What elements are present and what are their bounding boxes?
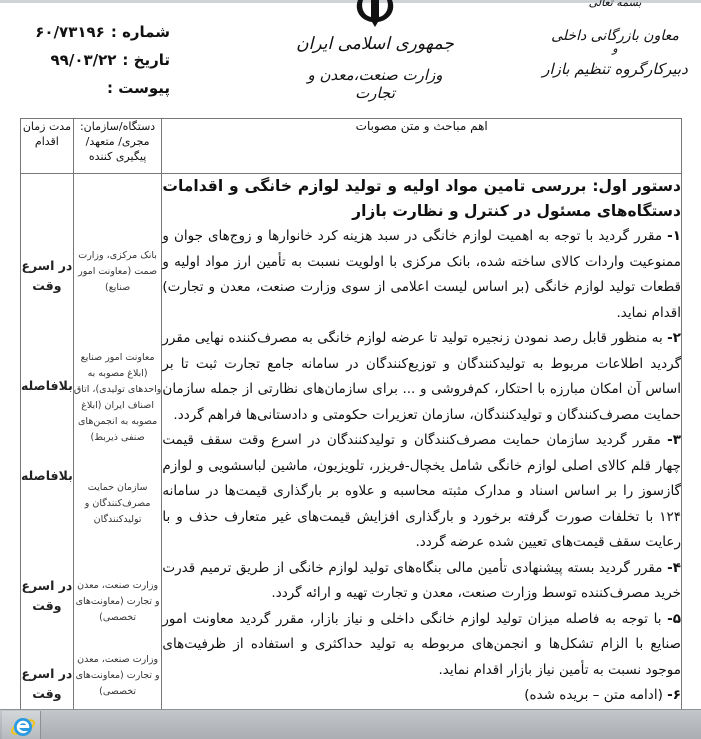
letter-attachment-label: پیوست :	[107, 74, 170, 102]
conjunction: و	[540, 44, 690, 54]
item-number: ۴-	[667, 560, 681, 576]
org-item-5: وزارت صنعت، معدن و تجارت (معاونت‌های تخص…	[74, 652, 162, 700]
deadline-item-4: در اسرع وقت	[21, 576, 73, 616]
agenda-title: دستور اول: بررسی تامین مواد اولیه و تولی…	[162, 174, 681, 224]
internet-explorer-icon	[10, 713, 36, 739]
country-name: جمهوری اسلامی ایران	[290, 34, 460, 54]
item-number: ۳-	[667, 432, 681, 448]
letter-date-value: ۹۹/۰۳/۲۲	[51, 46, 117, 74]
table-header-row: اهم مباحث و متن مصوبات دستگاه/سازمان: مج…	[21, 119, 682, 174]
deadline-item-3: بلافاصله	[21, 466, 73, 486]
organization-column: بانک مرکزی، وزارت صمت (معاونت امور صنایع…	[73, 174, 162, 711]
resolution-item-6: ۶- (ادامه متن – بریده شده)	[162, 683, 681, 709]
item-text: مقرر گردید سازمان حمایت مصرف‌کنندگان و ت…	[162, 432, 681, 550]
item-text: مقرر گردید با توجه به اهمیت لوازم خانگی …	[162, 228, 681, 321]
letter-number-label: شماره :	[111, 18, 170, 46]
org-item-2: معاونت امور صنایع (ابلاغ مصوبه به واحدها…	[74, 350, 162, 446]
resolution-item-4: ۴- مقرر گردید بسته پیشنهادی تأمین مالی ب…	[162, 556, 681, 607]
iran-emblem-icon	[352, 0, 398, 28]
item-number: ۲-	[667, 330, 681, 346]
item-text: با توجه به فاصله میزان تولید لوازم خانگی…	[162, 611, 681, 678]
letter-number-row: شماره : ۶۰/۷۳۱۹۶	[30, 18, 170, 46]
taskbar-ie-button[interactable]	[2, 711, 41, 739]
letter-date-label: تاریخ :	[122, 46, 170, 74]
ministry-header: جمهوری اسلامی ایران وزارت صنعت،معدن و تج…	[290, 0, 460, 102]
letterhead: شماره : ۶۰/۷۳۱۹۶ تاریخ : ۹۹/۰۳/۲۲ پیوست …	[0, 0, 701, 112]
ministry-name: وزارت صنعت،معدن و تجارت	[290, 66, 460, 102]
letter-meta: شماره : ۶۰/۷۳۱۹۶ تاریخ : ۹۹/۰۳/۲۲ پیوست …	[30, 18, 170, 102]
header-deadline: مدت زمان اقدام	[21, 119, 74, 174]
resolutions-body: دستور اول: بررسی تامین مواد اولیه و تولی…	[162, 174, 682, 711]
item-text: مقرر گردید بسته پیشنهادی تأمین مالی بنگا…	[162, 560, 681, 602]
taskbar	[0, 709, 701, 739]
deadline-item-2: بلافاصله	[21, 376, 73, 396]
item-text: (ادامه متن – بریده شده)	[524, 687, 663, 703]
header-organization: دستگاه/سازمان: مجری/ متعهد/ پیگیری کننده	[73, 119, 162, 174]
deadline-column: در اسرع وقت بلافاصله بلافاصله در اسرع وق…	[21, 174, 74, 711]
resolution-item-1: ۱- مقرر گردید با توجه به اهمیت لوازم خان…	[162, 224, 681, 326]
signatory-header: بسمه تعالی معاون بازرگانی داخلی و دبیرکا…	[540, 0, 690, 78]
item-number: ۱-	[667, 228, 681, 244]
deadline-item-1: در اسرع وقت	[21, 256, 73, 296]
org-item-4: وزارت صنعت، معدن و تجارت (معاونت‌های تخص…	[74, 578, 162, 626]
table-row: دستور اول: بررسی تامین مواد اولیه و تولی…	[21, 174, 682, 711]
org-item-3: سازمان حمایت مصرف‌کنندگان و تولیدکنندگان	[74, 480, 162, 528]
item-number: ۵-	[667, 611, 681, 627]
resolution-item-5: ۵- با توجه به فاصله میزان تولید لوازم خا…	[162, 607, 681, 684]
resolution-item-3: ۳- مقرر گردید سازمان حمایت مصرف‌کنندگان …	[162, 428, 681, 556]
header-resolutions: اهم مباحث و متن مصوبات	[162, 119, 682, 174]
item-number: ۶-	[667, 687, 681, 703]
item-text: به منظور قابل رصد نمودن زنجیره تولید تا …	[162, 330, 681, 423]
resolutions-table: اهم مباحث و متن مصوبات دستگاه/سازمان: مج…	[20, 118, 682, 711]
letter-date-row: تاریخ : ۹۹/۰۳/۲۲	[30, 46, 170, 74]
resolution-item-2: ۲- به منظور قابل رصد نمودن زنجیره تولید …	[162, 326, 681, 428]
secretary-title: دبیرکارگروه تنظیم بازار	[540, 60, 690, 78]
org-item-1: بانک مرکزی، وزارت صمت (معاونت امور صنایع…	[74, 248, 162, 296]
deadline-item-5: در اسرع وقت	[21, 664, 73, 704]
letter-number-value: ۶۰/۷۳۱۹۶	[35, 18, 105, 46]
invocation-partial: بسمه تعالی	[540, 0, 690, 10]
letter-attachment-row: پیوست :	[30, 74, 170, 102]
